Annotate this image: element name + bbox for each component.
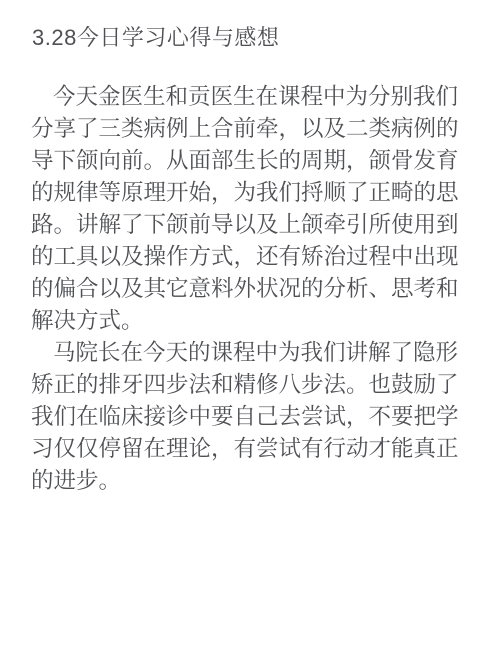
note-title: 3.28今日学习心得与感想 <box>32 22 465 54</box>
note-paragraph-2: 马院长在今天的课程中为我们讲解了隐形矫正的排牙四步法和精修八步法。也鼓励了我们在… <box>31 337 465 497</box>
note-page: 3.28今日学习心得与感想 今天金医生和贡医生在课程中为分别我们分享了三类病例上… <box>0 0 500 656</box>
note-body: 今天金医生和贡医生在课程中为分别我们分享了三类病例上合前牵，以及二类病例的导下颌… <box>31 81 465 497</box>
note-paragraph-1: 今天金医生和贡医生在课程中为分别我们分享了三类病例上合前牵，以及二类病例的导下颌… <box>31 81 465 337</box>
